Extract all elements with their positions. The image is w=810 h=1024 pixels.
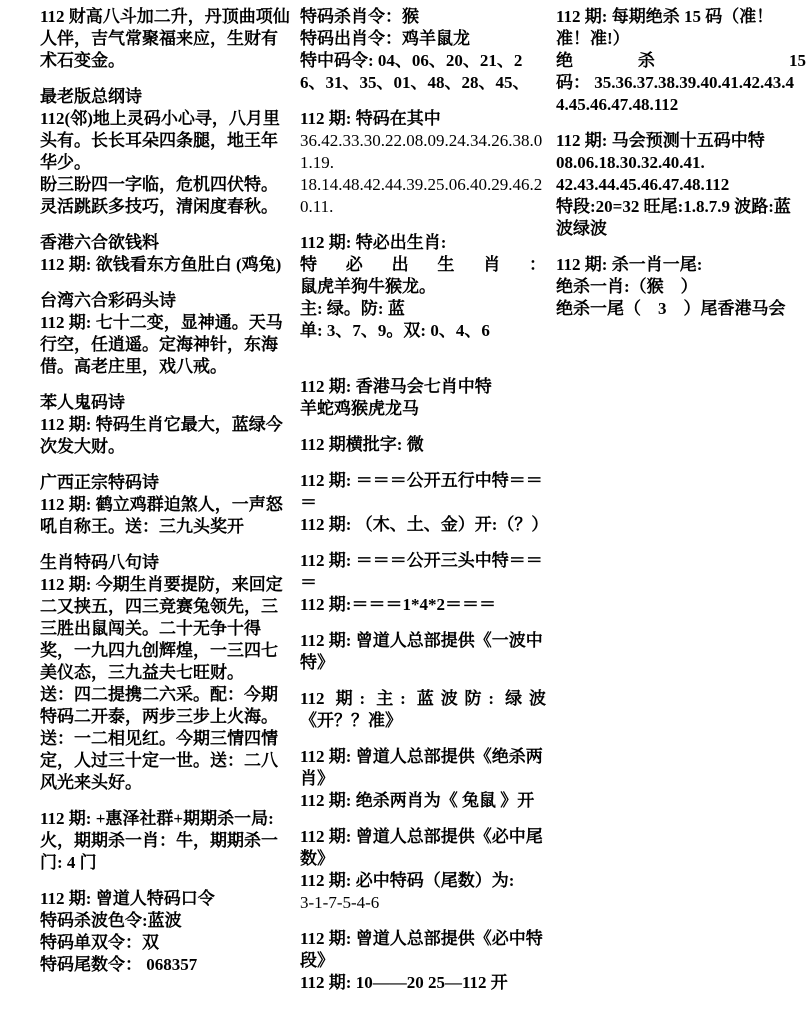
hk-yuqian-block: 香港六合欲钱料 112 期: 欲钱看东方鱼肚白 (鸡兔): [40, 232, 290, 276]
text-line: 绝杀 15: [556, 50, 806, 72]
hengpizi-block: 112 期横批字: 微: [300, 434, 546, 456]
gongkai-santou-block: 112 期: ＝＝＝公开三头中特＝＝＝ 112 期:＝＝＝1*4*2＝＝＝: [300, 550, 546, 616]
mahui-yuce-15ma-block: 112 期: 马会预测十五码中特 08.06.18.30.32.40.41. 4…: [556, 130, 806, 240]
qixiao-zhongte-block: 112 期: 香港马会七肖中特 羊蛇鸡猴虎龙马: [300, 376, 546, 420]
text-line: 112 期: ＝＝＝公开三头中特＝＝＝: [300, 550, 546, 594]
text-line: 112 期: 曾道人特码口令: [40, 888, 290, 910]
text-line: 灵活跳跃多技巧，清闲度春秋。: [40, 196, 290, 218]
text-line: 送：四二提携二六采。配：今期特码二开泰，两步三步上火海。: [40, 684, 290, 728]
text-line: 绝杀一肖:（猴 ）: [556, 276, 806, 298]
number-line: 36.42.33.30.22.08.09.24.34.26.38.01.19.: [300, 130, 546, 174]
column-left: 112 财高八斗加二升，丹顶曲项仙人伴，吉气常聚福来应，生财有术石变金。 最老版…: [40, 6, 290, 1020]
column-right: 112 期: 每期绝杀 15 码（准！准！准!） 绝杀 15 码： 35.36.…: [556, 6, 806, 1020]
text-line: 特中码令: 04、06、20、21、26、31、35、01、48、28、45、: [300, 50, 546, 94]
text-line: 112 期: 杀一肖一尾:: [556, 254, 806, 276]
bose-zhufang-block: 112 期: 主: 蓝波防: 绿波 《开？？准》: [300, 688, 546, 732]
meiqi-juesha-15ma-block: 112 期: 每期绝杀 15 码（准！准！准!） 绝杀 15 码： 35.36.…: [556, 6, 806, 116]
guangxi-tema-poem: 广西正宗特码诗 112 期: 鹤立鸡群迫煞人，一声怒吼自称王。送：三九头奖开: [40, 472, 290, 538]
text-line: 112(邻)地上灵码小心寻，八月里头有。长长耳朵四条腿，地王年华少。: [40, 108, 290, 174]
sha-yixiao-yiwei-block: 112 期: 杀一肖一尾: 绝杀一肖:（猴 ） 绝杀一尾（ 3 ）尾香港马会: [556, 254, 806, 320]
text-line: 112 期横批字: 微: [300, 434, 546, 456]
text-line: 最老版总纲诗: [40, 86, 290, 108]
text-line: 112 期: 香港马会七肖中特: [300, 376, 546, 398]
text-line: 112 期: 欲钱看东方鱼肚白 (鸡兔): [40, 254, 290, 276]
huize-shequn-block: 112 期: +惠泽社群+期期杀一局:火，期期杀一肖：牛，期期杀一门: 4 门: [40, 808, 290, 874]
text-line: 特码单双令：双: [40, 932, 290, 954]
text-line: 112 期:＝＝＝1*4*2＝＝＝: [300, 594, 546, 616]
zonggang-poem: 最老版总纲诗 112(邻)地上灵码小心寻，八月里头有。长长耳朵四条腿，地王年华少…: [40, 86, 290, 218]
yibo-zhongte-block: 112 期: 曾道人总部提供《一波中特》: [300, 630, 546, 674]
bizhong-weishu-block: 112 期: 曾道人总部提供《必中尾数》 112 期: 必中特码（尾数）为: 3…: [300, 826, 546, 914]
shengxiao-baju-poem: 生肖特码八句诗 112 期: 今期生肖要提防，来回定二又挟五，四三竞赛兔领先，三…: [40, 552, 290, 794]
gongkai-wuxing-block: 112 期: ＝＝＝公开五行中特＝＝＝ 112 期: （木、土、金）开:（？）: [300, 470, 546, 536]
text-line: 112 财高八斗加二升，丹顶曲项仙人伴，吉气常聚福来应，生财有术石变金。: [40, 6, 290, 72]
text-line: 羊蛇鸡猴虎龙马: [300, 398, 546, 420]
text-line: 112 期: 七十二变，显神通。天马行空，任逍遥。定海神针，东海借。高老庄里，戏…: [40, 312, 290, 378]
text-line: 台湾六合彩码头诗: [40, 290, 290, 312]
text-line: 特码杀肖令：猴: [300, 6, 546, 28]
opening-fortune-verse: 112 财高八斗加二升，丹顶曲项仙人伴，吉气常聚福来应，生财有术石变金。: [40, 6, 290, 72]
text-line: 鼠虎羊狗牛猴龙。: [300, 276, 546, 298]
text-line: 香港六合欲钱料: [40, 232, 290, 254]
text-line: 特必出生肖：: [300, 254, 546, 276]
text-line: 112 期: 主: 蓝波防: 绿波: [300, 688, 546, 710]
number-line: 42.43.44.45.46.47.48.112: [556, 174, 806, 196]
text-line: 112 期: +惠泽社群+期期杀一局:火，期期杀一肖：牛，期期杀一门: 4 门: [40, 808, 290, 874]
tebichu-shengxiao-block: 112 期: 特必出生肖: 特必出生肖： 鼠虎羊狗牛猴龙。 主: 绿。防: 蓝 …: [300, 232, 546, 342]
text-line: 112 期: 每期绝杀 15 码（准！准！准!）: [556, 6, 806, 50]
text-line: 盼三盼四一字临，危机四伏特。: [40, 174, 290, 196]
text-line: 单: 3、7、9。双: 0、4、6: [300, 320, 546, 342]
text-line: 112 期: ＝＝＝公开五行中特＝＝＝: [300, 470, 546, 514]
text-line: 112 期: 曾道人总部提供《必中特段》: [300, 928, 546, 972]
lottery-tips-sheet: 112 财高八斗加二升，丹顶曲项仙人伴，吉气常聚福来应，生财有术石变金。 最老版…: [0, 0, 810, 1024]
text-line: 112 期: 必中特码（尾数）为:: [300, 870, 546, 892]
text-line: 112 期: （木、土、金）开:（？）: [300, 514, 546, 536]
text-line: 112 期: 特必出生肖:: [300, 232, 546, 254]
text-line: 112 期: 曾道人总部提供《一波中特》: [300, 630, 546, 674]
text-line: 112 期: 鹤立鸡群迫煞人，一声怒吼自称王。送：三九头奖开: [40, 494, 290, 538]
tema-kouling-detail: 特码杀肖令：猴 特码出肖令：鸡羊鼠龙 特中码令: 04、06、20、21、26、…: [300, 6, 546, 94]
taiwan-matou-poem: 台湾六合彩码头诗 112 期: 七十二变，显神通。天马行空，任逍遥。定海神针，东…: [40, 290, 290, 378]
text-line: 112 期: 绝杀两肖为《 兔鼠 》开: [300, 790, 546, 812]
text-line: 112 期: 今期生肖要提防，来回定二又挟五，四三竞赛兔领先，三三胜出鼠闯关。二…: [40, 574, 290, 684]
text-line: 特码出肖令：鸡羊鼠龙: [300, 28, 546, 50]
text-line: 苯人鬼码诗: [40, 392, 290, 414]
text-line: 生肖特码八句诗: [40, 552, 290, 574]
number-line: 18.14.48.42.44.39.25.06.40.29.46.20.11.: [300, 174, 546, 218]
text-line: 广西正宗特码诗: [40, 472, 290, 494]
column-middle: 特码杀肖令：猴 特码出肖令：鸡羊鼠龙 特中码令: 04、06、20、21、26、…: [300, 6, 546, 1020]
tema-zaiqizhong-block: 112 期: 特码在其中 36.42.33.30.22.08.09.24.34.…: [300, 108, 546, 218]
text-line: 《开？？准》: [300, 710, 546, 732]
text-line: 112 期: 特码生肖它最大，蓝绿今次发大财。: [40, 414, 290, 458]
number-line: 3-1-7-5-4-6: [300, 892, 546, 914]
text-line: 送：一二相见红。今期三情四情定，人过三十定一世。送：二八风光来头好。: [40, 728, 290, 794]
text-line: 特码杀波色令:蓝波: [40, 910, 290, 932]
text-line: 112 期: 特码在其中: [300, 108, 546, 130]
text-line: 112 期: 曾道人总部提供《绝杀两肖》: [300, 746, 546, 790]
number-line: 码： 35.36.37.38.39.40.41.42.43.44.45.46.4…: [556, 72, 806, 116]
text-line: 112 期: 10——20 25—112 开: [300, 972, 546, 994]
benren-guima-poem: 苯人鬼码诗 112 期: 特码生肖它最大，蓝绿今次发大财。: [40, 392, 290, 458]
text-line: 特段:20=32 旺尾:1.8.7.9 波路:蓝波绿波: [556, 196, 806, 240]
text-line: 112 期: 曾道人总部提供《必中尾数》: [300, 826, 546, 870]
bizhong-teduan-block: 112 期: 曾道人总部提供《必中特段》 112 期: 10——20 25—11…: [300, 928, 546, 994]
text-line: 特码尾数令： 068357: [40, 954, 290, 976]
text-line: 主: 绿。防: 蓝: [300, 298, 546, 320]
zengdaoren-kouling-block: 112 期: 曾道人特码口令 特码杀波色令:蓝波 特码单双令：双 特码尾数令： …: [40, 888, 290, 976]
text-line: 112 期: 马会预测十五码中特: [556, 130, 806, 152]
number-line: 08.06.18.30.32.40.41.: [556, 152, 806, 174]
text-line: 绝杀一尾（ 3 ）尾香港马会: [556, 298, 806, 320]
juesha-liangxiao-block: 112 期: 曾道人总部提供《绝杀两肖》 112 期: 绝杀两肖为《 兔鼠 》开: [300, 746, 546, 812]
